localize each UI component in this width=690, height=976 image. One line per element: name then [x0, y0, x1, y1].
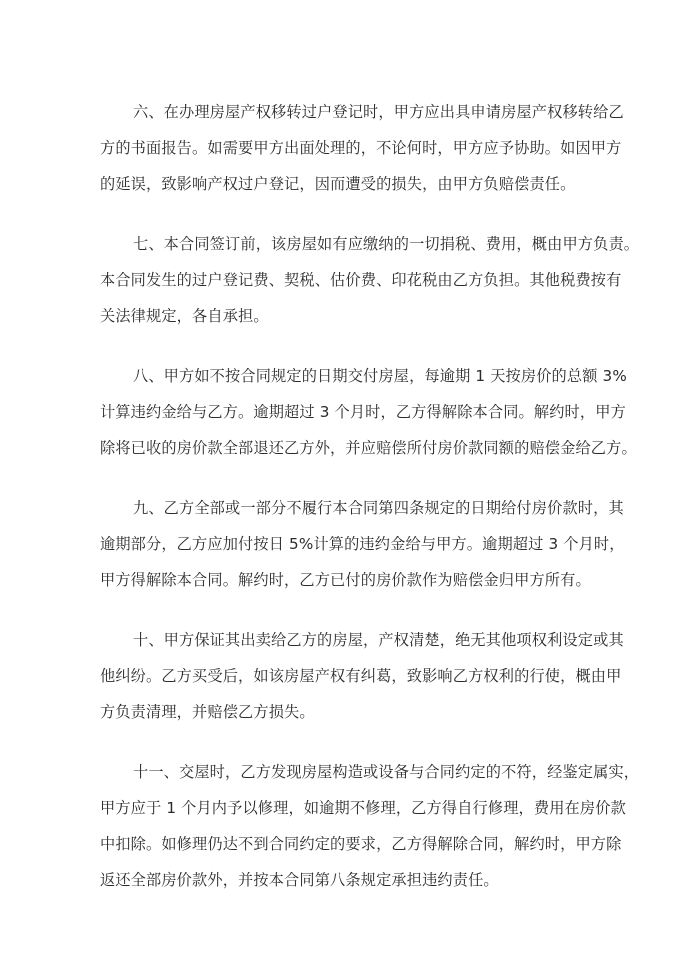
clause-11-paragraph: 十一、交屋时，乙方发现房屋构造或设备与合同约定的不符，经鉴定属实， 甲方应于 1…: [100, 754, 597, 898]
text-line: 九、乙方全部或一部分不履行本合同第四条规定的日期给付房价款时，其: [100, 490, 597, 526]
text-line: 十、甲方保证其出卖给乙方的房屋，产权清楚，绝无其他项权利设定或其: [100, 622, 597, 658]
text-line: 计算违约金给与乙方。逾期超过 3 个月时，乙方得解除本合同。解约时，甲方: [100, 394, 597, 430]
clause-7-paragraph: 七、本合同签订前，该房屋如有应缴纳的一切捐税、费用，概由甲方负责。 本合同发生的…: [100, 226, 597, 334]
text-line: 关法律规定，各自承担。: [100, 298, 597, 334]
clause-10-paragraph: 十、甲方保证其出卖给乙方的房屋，产权清楚，绝无其他项权利设定或其 他纠纷。乙方买…: [100, 622, 597, 730]
text-line: 十一、交屋时，乙方发现房屋构造或设备与合同约定的不符，经鉴定属实，: [100, 754, 597, 790]
text-line: 除将已收的房价款全部退还乙方外，并应赔偿所付房价款同额的赔偿金给乙方。: [100, 430, 597, 466]
clause-8-paragraph: 八、甲方如不按合同规定的日期交付房屋，每逾期 1 天按房价的总额 3% 计算违约…: [100, 358, 597, 466]
text-line: 逾期部分，乙方应加付按日 5%计算的违约金给与甲方。逾期超过 3 个月时，: [100, 526, 597, 562]
clause-6-paragraph: 六、在办理房屋产权移转过户登记时，甲方应出具申请房屋产权移转给乙 方的书面报告。…: [100, 94, 597, 202]
text-line: 方负责清理，并赔偿乙方损失。: [100, 694, 597, 730]
text-line: 本合同发生的过户登记费、契税、估价费、印花税由乙方负担。其他税费按有: [100, 262, 597, 298]
text-line: 六、在办理房屋产权移转过户登记时，甲方应出具申请房屋产权移转给乙: [100, 94, 597, 130]
text-line: 他纠纷。乙方买受后，如该房屋产权有纠葛，致影响乙方权利的行使，概由甲: [100, 658, 597, 694]
text-line: 的延误，致影响产权过户登记，因而遭受的损失，由甲方负赔偿责任。: [100, 166, 597, 202]
document-page: 六、在办理房屋产权移转过户登记时，甲方应出具申请房屋产权移转给乙 方的书面报告。…: [100, 94, 597, 922]
text-line: 甲方应于 1 个月内予以修理，如逾期不修理，乙方得自行修理，费用在房价款: [100, 790, 597, 826]
text-line: 七、本合同签订前，该房屋如有应缴纳的一切捐税、费用，概由甲方负责。: [100, 226, 597, 262]
text-line: 中扣除。如修理仍达不到合同约定的要求，乙方得解除合同，解约时，甲方除: [100, 826, 597, 862]
text-line: 八、甲方如不按合同规定的日期交付房屋，每逾期 1 天按房价的总额 3%: [100, 358, 597, 394]
clause-9-paragraph: 九、乙方全部或一部分不履行本合同第四条规定的日期给付房价款时，其 逾期部分，乙方…: [100, 490, 597, 598]
text-line: 返还全部房价款外，并按本合同第八条规定承担违约责任。: [100, 862, 597, 898]
text-line: 甲方得解除本合同。解约时，乙方已付的房价款作为赔偿金归甲方所有。: [100, 562, 597, 598]
text-line: 方的书面报告。如需要甲方出面处理的，不论何时，甲方应予协助。如因甲方: [100, 130, 597, 166]
